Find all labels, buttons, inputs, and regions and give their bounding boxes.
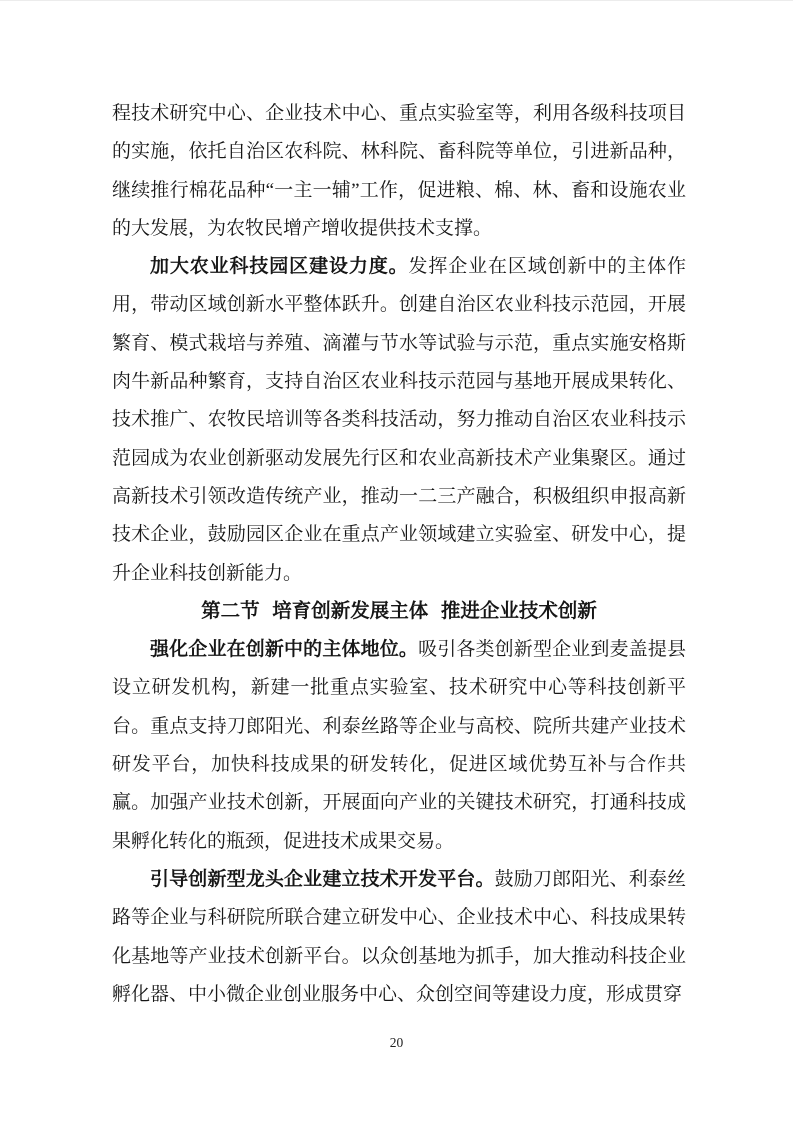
paragraph-strengthen-enterprise-role: 强化企业在创新中的主体地位。吸引各类创新型企业到麦盖提县设立研发机构，新建一批重…	[112, 631, 686, 861]
paragraph-bold-lead: 强化企业在创新中的主体地位。	[150, 639, 418, 660]
paragraph-bold-lead: 引导创新型龙头企业建立技术开发平台。	[150, 869, 495, 890]
paragraph-continuation: 程技术研究中心、企业技术中心、重点实验室等，利用各级科技项目的实施，依托自治区农…	[112, 95, 686, 248]
paragraph-bold-lead: 加大农业科技园区建设力度。	[150, 256, 409, 277]
paragraph-agri-science-park: 加大农业科技园区建设力度。发挥企业在区域创新中的主体作用，带动区域创新水平整体跃…	[112, 248, 686, 593]
section-heading: 第二节 培育创新发展主体 推进企业技术创新	[112, 593, 686, 631]
paragraph-text: 吸引各类创新型企业到麦盖提县设立研发机构，新建一批重点实验室、技术研究中心等科技…	[112, 639, 686, 851]
document-content: 程技术研究中心、企业技术中心、重点实验室等，利用各级科技项目的实施，依托自治区农…	[112, 95, 686, 1014]
page-number: 20	[0, 1035, 793, 1051]
paragraph-text: 发挥企业在区域创新中的主体作用，带动区域创新水平整体跃升。创建自治区农业科技示范…	[112, 256, 686, 583]
paragraph-guide-leading-enterprises: 引导创新型龙头企业建立技术开发平台。鼓励刀郎阳光、利泰丝路等企业与科研院所联合建…	[112, 861, 686, 1014]
document-page: 程技术研究中心、企业技术中心、重点实验室等，利用各级科技项目的实施，依托自治区农…	[0, 0, 793, 1122]
paragraph-text: 程技术研究中心、企业技术中心、重点实验室等，利用各级科技项目的实施，依托自治区农…	[112, 103, 686, 239]
